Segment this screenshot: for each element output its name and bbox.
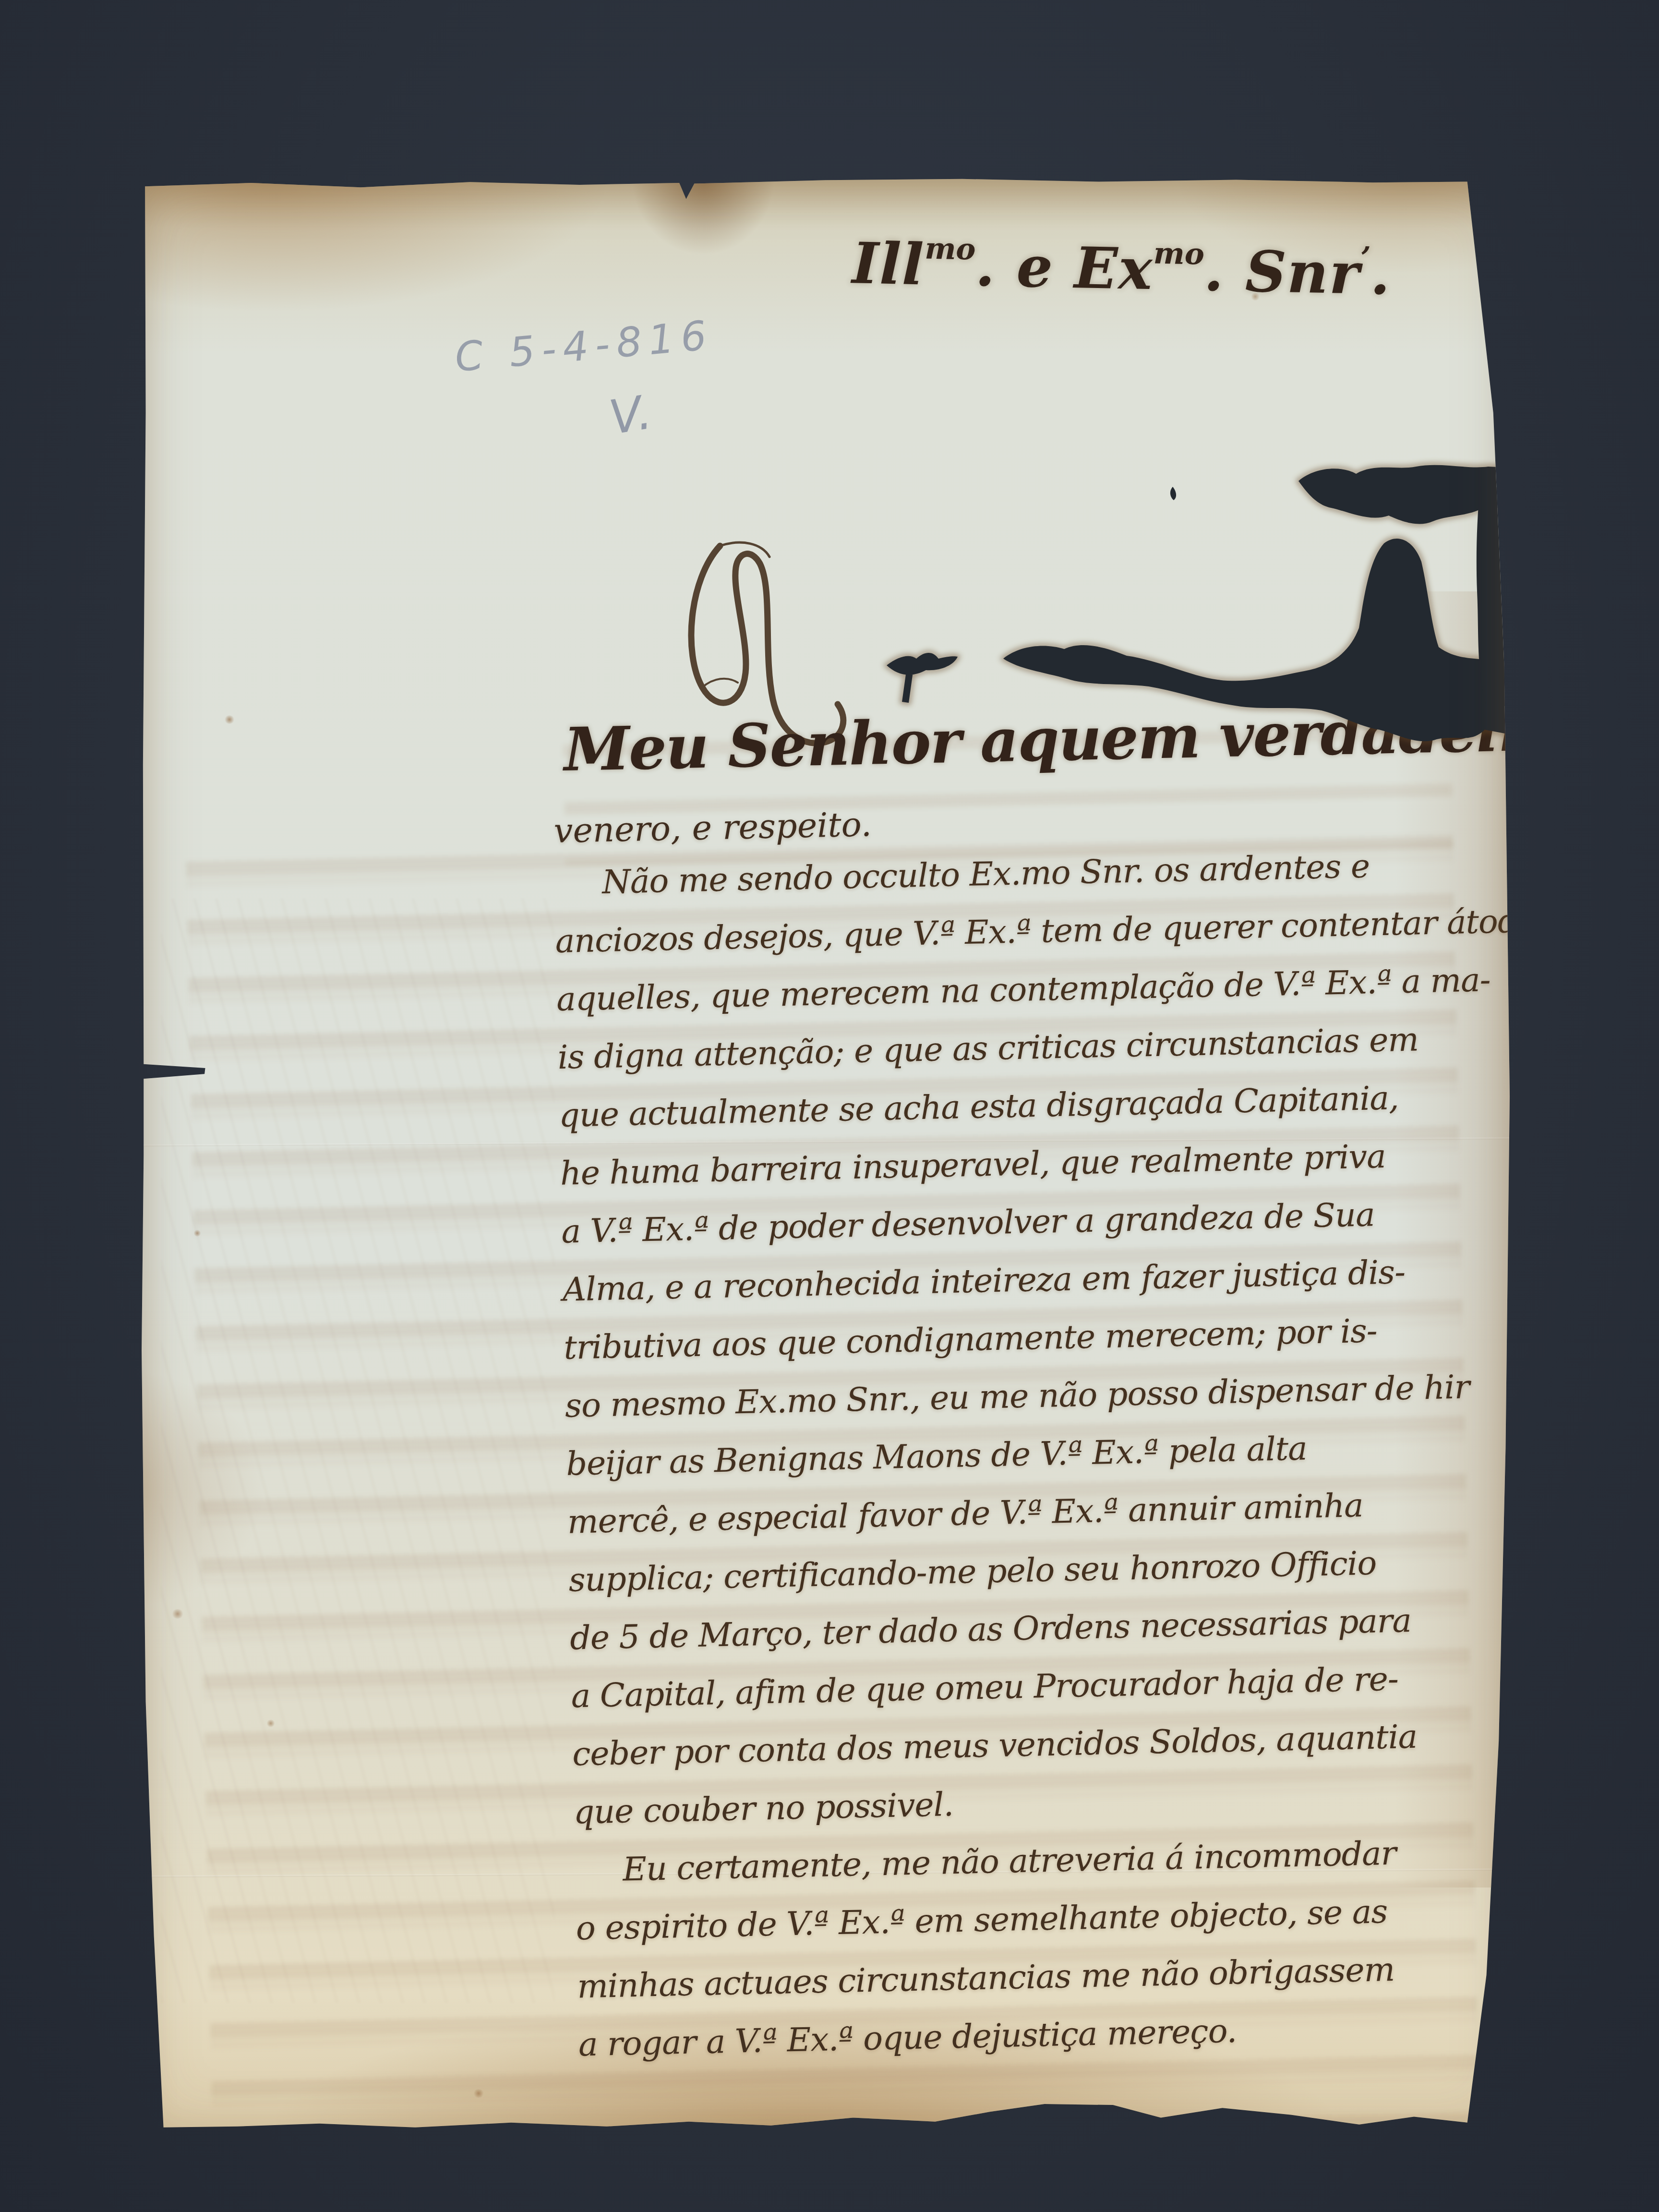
top-left-stain [142,179,612,313]
letter-body: Não me sendo occulto Ex.mo Snr. os arden… [553,834,1534,2074]
foxing-spot [266,1719,275,1727]
pencil-catalog-code: C 5-4-816 [453,312,715,381]
foxing-spot [473,2089,484,2098]
photo-background: { "annotations": { "catalog_code": "C 5-… [0,0,1659,2212]
manuscript-page: C 5-4-816 V. Illmo. e Exmo. Snr’. Meu Se… [142,179,1510,2131]
foxing-spot [193,1230,201,1237]
opening-continuation: venero, e respeito. [553,805,872,851]
pencil-verso-mark: V. [606,385,656,445]
top-edge-stain [631,179,775,255]
foxing-spot [224,715,235,724]
foxing-spot [171,1609,184,1619]
salutation-line: Illmo. e Exmo. Snr’. [852,229,1392,307]
left-edge-stain [122,1369,266,1609]
ink-showthrough-margin [161,899,554,2003]
